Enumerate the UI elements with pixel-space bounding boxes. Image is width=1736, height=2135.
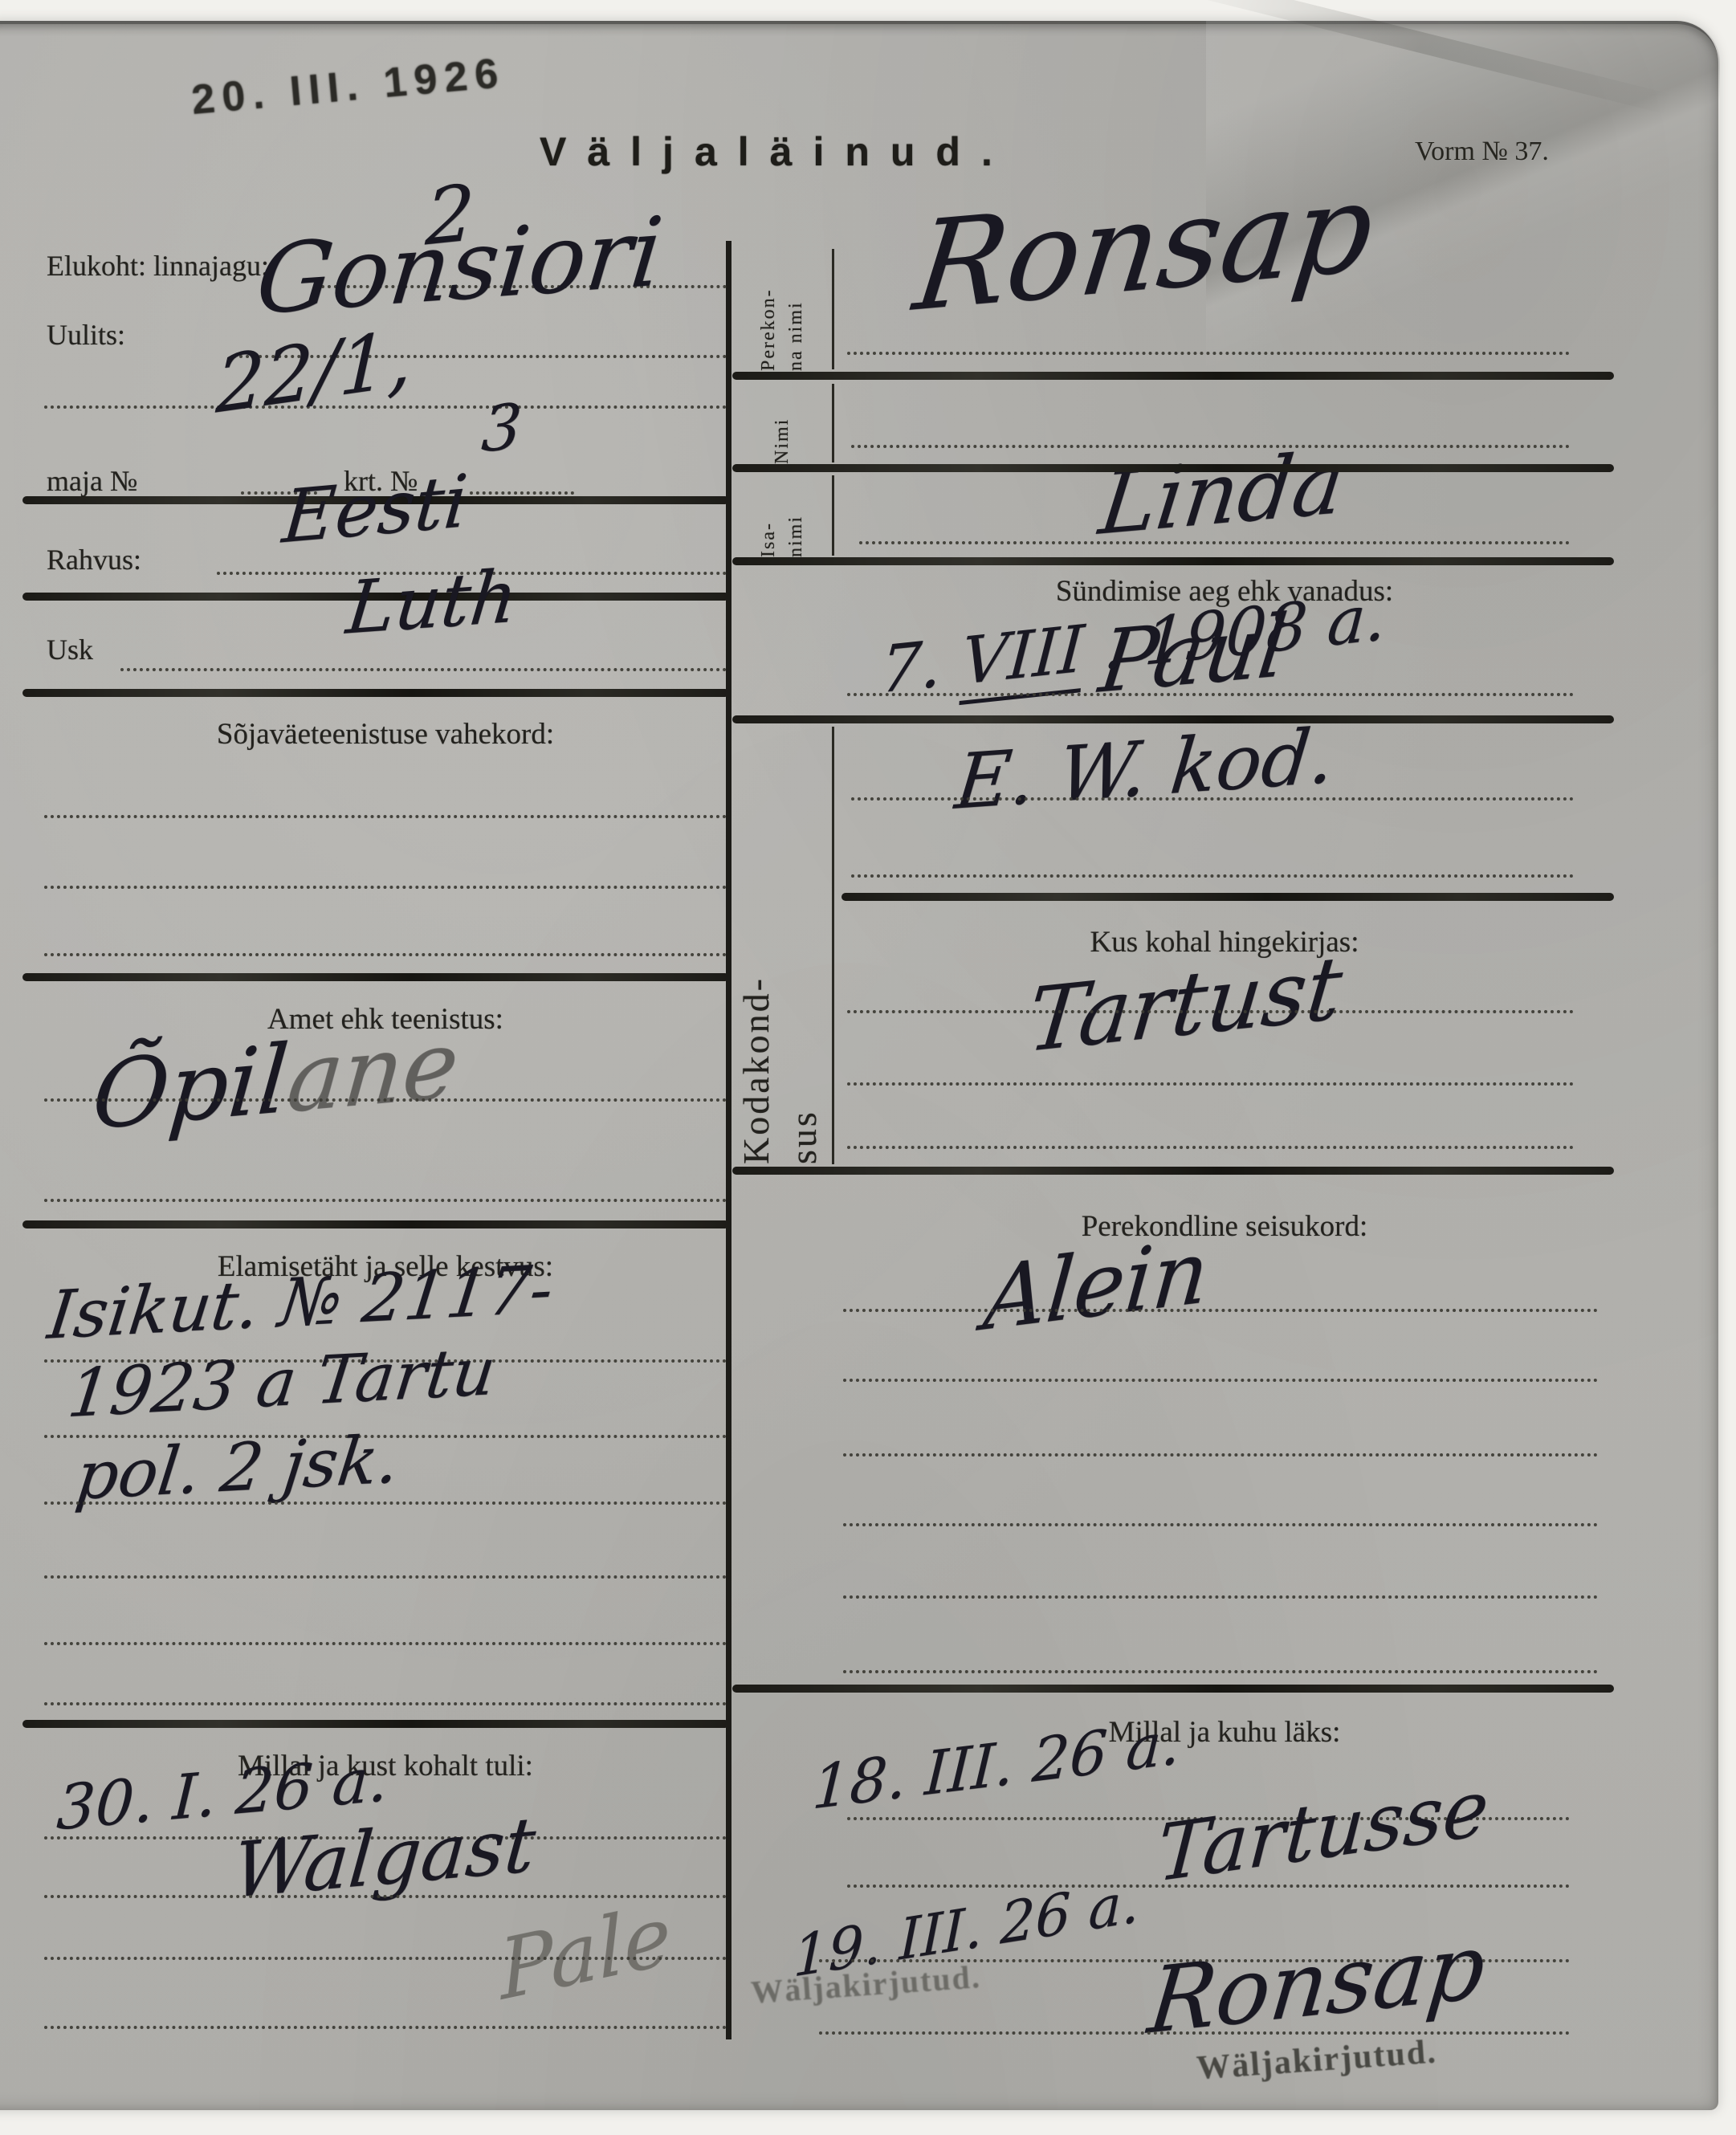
ruled-line	[843, 1670, 1598, 1673]
ruled-line	[847, 1010, 1574, 1013]
ruled-line	[847, 1082, 1574, 1086]
ruled-line	[843, 1453, 1598, 1457]
ruled-line	[44, 1702, 727, 1705]
form-number: Vorm № 37.	[1415, 136, 1549, 167]
ruled-line	[44, 1575, 727, 1579]
permit-line3-handwriting: pol. 2 jsk.	[72, 1427, 402, 1510]
nationality-label: Rahvus:	[47, 543, 141, 577]
ruled-line	[847, 1146, 1574, 1149]
ruled-line	[44, 1199, 727, 1202]
father-name-label-line2: nimi	[785, 472, 808, 557]
street-value-handwriting: Gonsiori	[252, 204, 666, 328]
military-service-heading: Sõjaväeteenistuse vahekord:	[44, 717, 727, 752]
ruled-line	[470, 491, 574, 495]
street-label: Uulits:	[47, 318, 125, 352]
ruled-line	[847, 1884, 1570, 1888]
religion-value-handwriting: Luth	[343, 560, 520, 646]
ruled-line	[44, 1642, 727, 1645]
section-divider-line	[22, 973, 729, 981]
father-name-label-line1: Isa-	[758, 472, 780, 557]
ruled-line	[851, 445, 1570, 448]
residence-label: Elukoht: linnajagu:	[47, 249, 269, 283]
first-name-label: Nimi	[772, 379, 794, 464]
house-label: maja №	[47, 464, 137, 498]
first-name-value-handwriting: Linda	[1095, 440, 1349, 548]
ruled-line	[44, 886, 727, 889]
ruled-line	[44, 815, 727, 818]
label-strip-line	[832, 249, 834, 369]
ruled-line	[44, 1501, 727, 1505]
label-strip-line	[832, 727, 834, 1164]
ruled-line	[859, 541, 1570, 544]
citizenship-label-line2: sus	[783, 727, 825, 1164]
citizenship-label-line1: Kodakond-	[736, 727, 778, 1164]
section-divider-line	[22, 689, 729, 697]
ruled-line	[44, 2026, 727, 2029]
section-divider-line	[732, 715, 1614, 723]
ruled-line	[44, 953, 727, 956]
father-name-vertical-label: Isa- nimi	[736, 472, 830, 557]
section-divider-line	[732, 557, 1614, 565]
ruled-line	[843, 1379, 1598, 1382]
first-name-vertical-label: Nimi	[736, 379, 830, 464]
label-strip-line	[832, 384, 834, 462]
section-divider-line	[22, 1720, 729, 1728]
ruled-line	[851, 874, 1574, 878]
ruled-line	[843, 1595, 1598, 1599]
form-title: Väljaläinud.	[540, 128, 1013, 175]
section-divider-line	[22, 1220, 729, 1228]
section-divider-line	[732, 1167, 1614, 1175]
ruled-line	[843, 1523, 1598, 1526]
section-divider-line	[732, 464, 1614, 472]
citizenship-vertical-label: Kodakond- sus	[731, 727, 830, 1164]
occupation-value-ink: Õpil	[88, 1025, 293, 1151]
occupation-value-faint: ane	[283, 1009, 463, 1134]
section-divider-line	[732, 1685, 1614, 1693]
ruled-line	[819, 2031, 1570, 2035]
religion-label: Usk	[47, 633, 93, 666]
section-divider-line	[842, 893, 1614, 901]
ruled-line	[843, 1309, 1598, 1312]
section-divider-line	[732, 372, 1614, 380]
surname-label-line2: na nimi	[785, 242, 808, 371]
ruled-line	[44, 1957, 727, 1960]
ruled-line	[847, 693, 1574, 696]
nationality-value-handwriting: Eesti	[279, 465, 470, 554]
birth-month: VIII	[959, 611, 1086, 705]
family-status-heading: Perekondline seisukord:	[851, 1209, 1598, 1244]
label-strip-line	[832, 475, 834, 556]
scanned-document: { "document": { "date_stamp": "20. III. …	[0, 0, 1736, 2135]
apartment-number-handwriting: 3	[479, 396, 524, 462]
surname-label-line1: Perekon-	[758, 242, 780, 371]
ruled-line	[120, 668, 727, 671]
ruled-line	[851, 797, 1574, 801]
ruled-line	[847, 352, 1570, 355]
surname-vertical-label: Perekon- na nimi	[736, 242, 830, 371]
ruled-line	[44, 1098, 727, 1102]
